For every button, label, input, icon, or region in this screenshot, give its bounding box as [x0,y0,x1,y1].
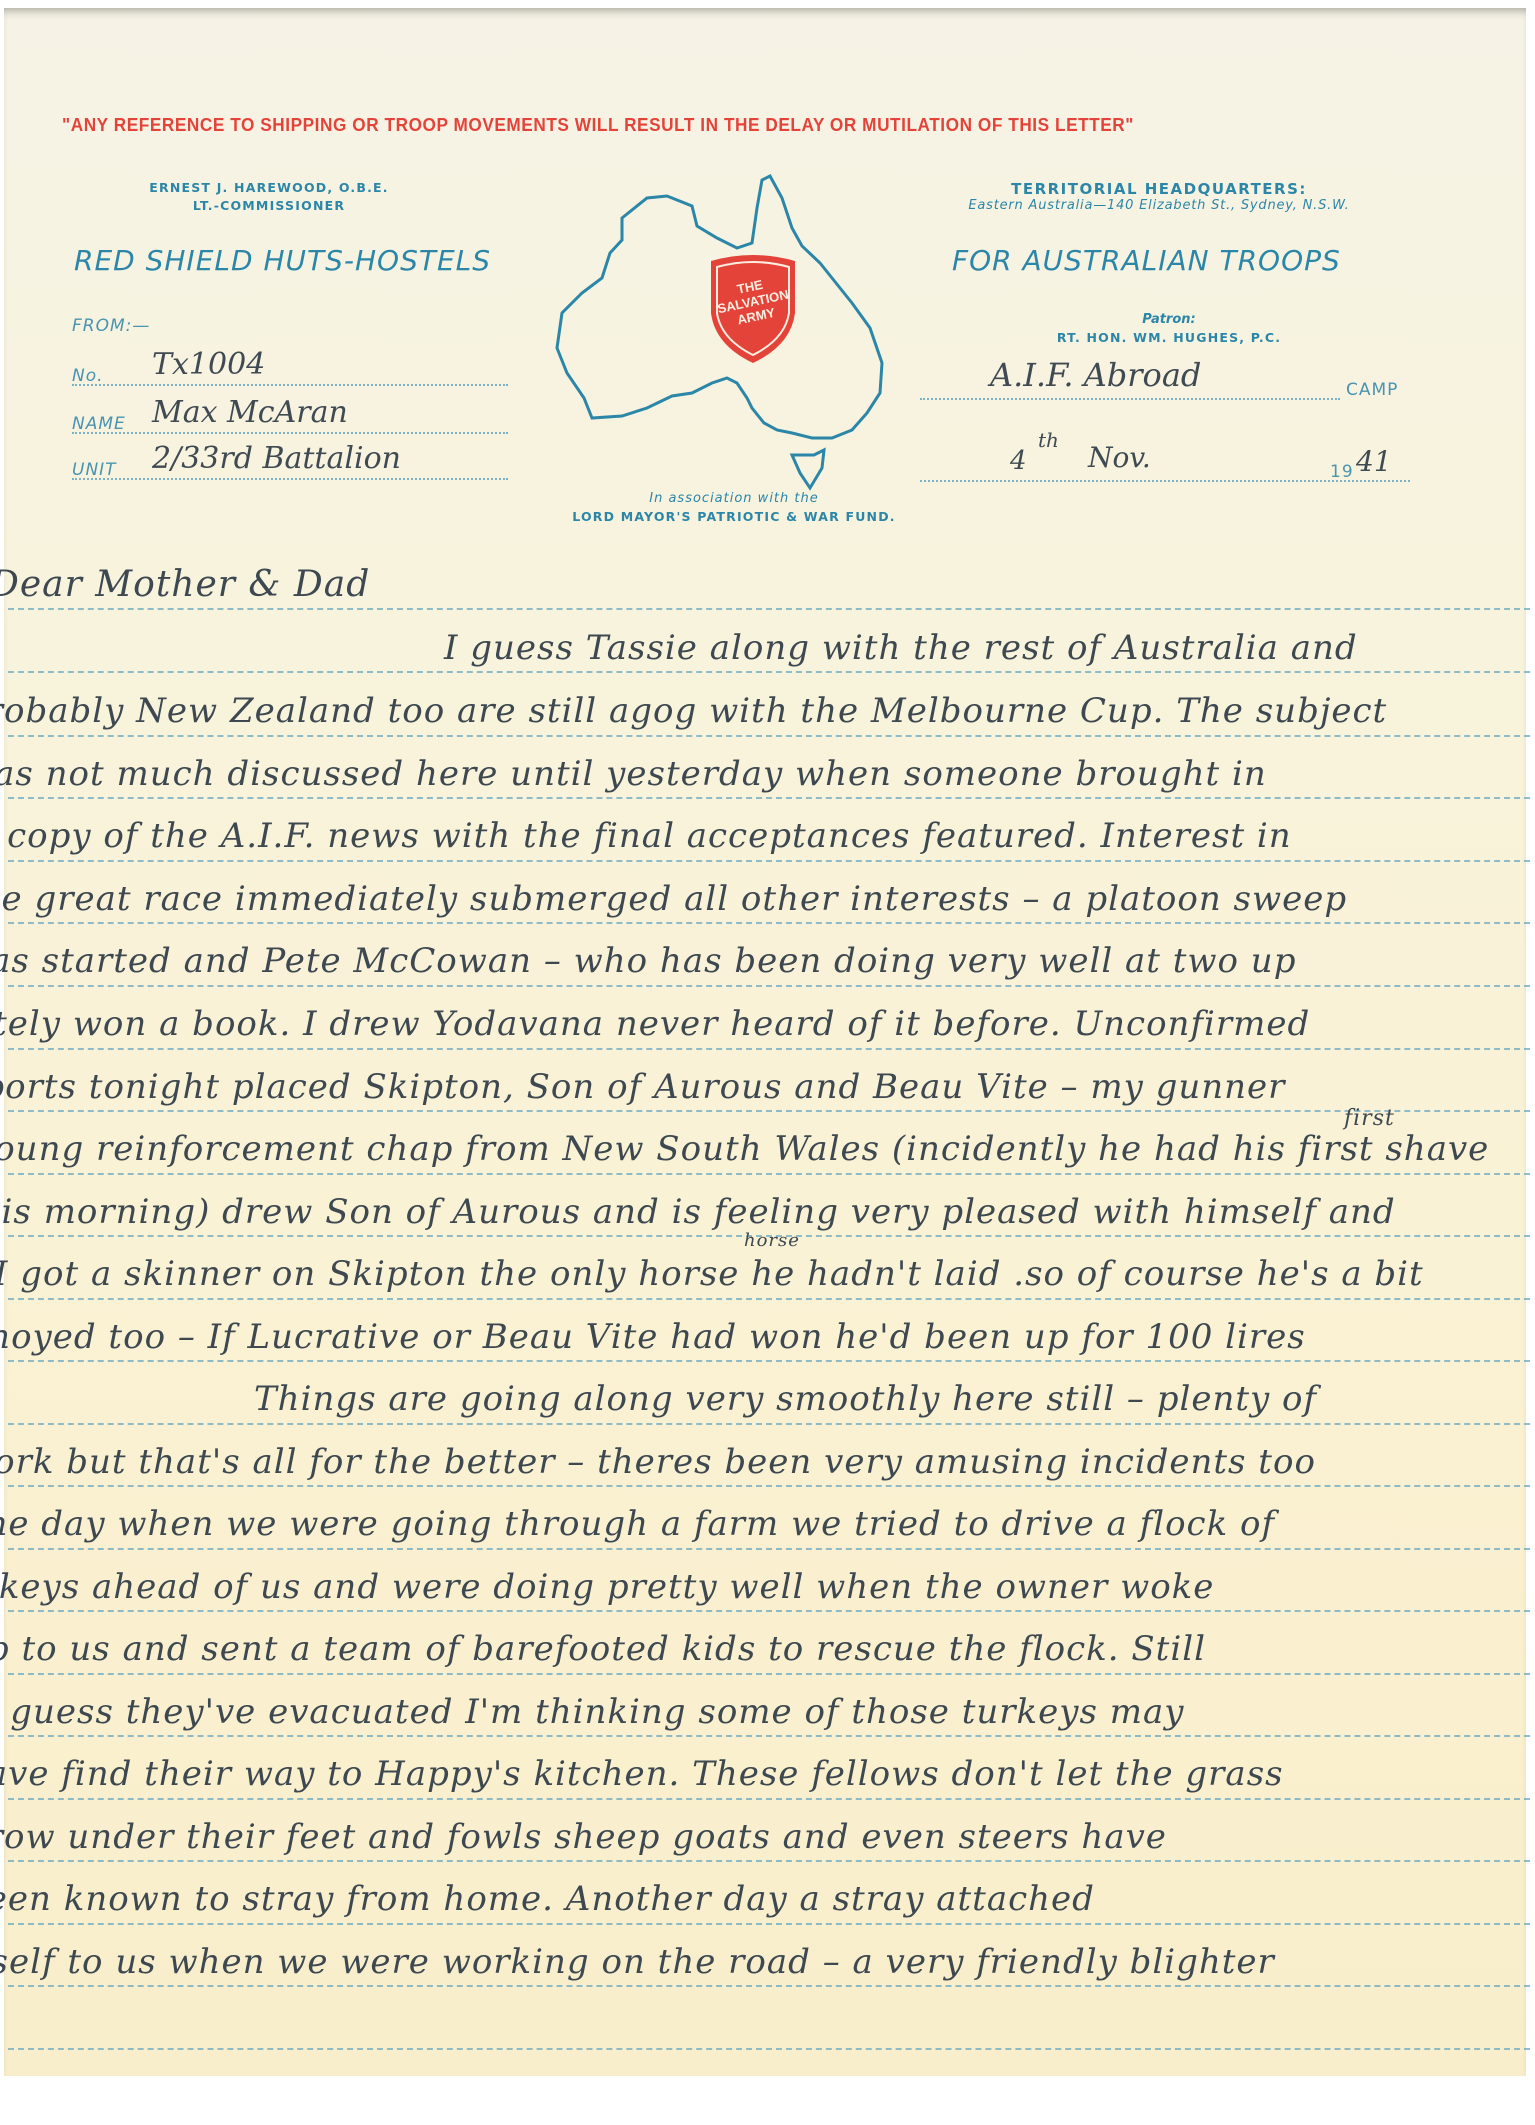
ruled-line [8,797,1530,799]
ruled-line [8,1923,1530,1925]
letter-line-3: was not much discussed here until yester… [0,754,1267,794]
ruled-line [8,985,1530,987]
name-field[interactable]: NAME Max McAran [72,402,508,434]
ruled-line [8,1735,1530,1737]
page-bottom-margin [0,2076,1535,2125]
unit-label: UNIT [72,460,117,480]
date-year: 41 [1356,445,1392,478]
no-field[interactable]: No. Tx1004 [72,356,508,386]
letter-line-8: reports tonight placed Skipton, Son of A… [0,1067,1285,1107]
hq-address: Eastern Australia—140 Elizabeth St., Syd… [909,198,1409,213]
salvation-army-shield-logo: THE SALVATION ARMY [707,253,799,365]
letter-line-2: probably New Zealand too are still agog … [0,691,1387,731]
letter-line-13: Things are going along very smoothly her… [254,1379,1317,1419]
ruled-line [8,860,1530,862]
ruled-line [8,1673,1530,1675]
letter-line-9: young reinforcement chap from New South … [0,1129,1489,1169]
ruled-line [8,1423,1530,1425]
letter-line-10: this morning) drew Son of Aurous and is … [0,1192,1396,1232]
camp-field[interactable]: A.I.F. Abroad [920,358,1340,400]
no-value: Tx1004 [152,347,265,382]
letter-line-6: was started and Pete McCowan – who has b… [0,941,1296,981]
association-line-2: LORD MAYOR'S PATRIOTIC & WAR FUND. [524,509,944,524]
ruled-line [8,922,1530,924]
letter-line-7: lately won a book. I drew Yodavana never… [0,1004,1310,1044]
date-day: 4 [1010,446,1027,476]
ruled-line [8,1360,1530,1362]
letter-line-16: turkeys ahead of us and were doing prett… [0,1567,1214,1607]
ruled-line [8,2048,1530,2050]
letter-line-19: have find their way to Happy's kitchen. … [0,1754,1284,1794]
letter-line-15: one day when we were going through a far… [0,1504,1275,1544]
red-shield-title: RED SHIELD HUTS-HOSTELS [74,244,491,277]
date-year-prefix: 19 [1330,462,1354,482]
letter-line-5: the great race immediately submerged all… [0,879,1347,919]
letter-line-1: I guess Tassie along with the rest of Au… [444,628,1358,668]
camp-label: CAMP [1346,380,1398,400]
letter-line-11: I got a skinner on Skipton the only hors… [0,1254,1424,1294]
ruled-line [8,1173,1530,1175]
letter-line-12: annoyed too – If Lucrative or Beau Vite … [0,1317,1306,1357]
ruled-line [8,1985,1530,1987]
letter-line-14: work but that's all for the better – the… [0,1442,1316,1482]
unit-field[interactable]: UNIT 2/33rd Battalion [72,446,508,480]
interlinear-note-horse: horse [744,1230,800,1251]
ruled-line [8,671,1530,673]
letter-line-21: been known to stray from home. Another d… [0,1879,1095,1919]
date-field[interactable]: 4 th Nov. 19 41 [920,428,1410,482]
letter-line-4: a copy of the A.I.F. news with the final… [0,816,1292,856]
ruled-line [8,1110,1530,1112]
name-label: NAME [72,414,126,434]
from-label: FROM:— [72,316,150,336]
date-day-suffix: th [1038,428,1059,452]
ruled-line [8,1798,1530,1800]
letter-line-18: I guess they've evacuated I'm thinking s… [0,1692,1184,1732]
interlinear-note-first: first [1344,1106,1395,1131]
no-label: No. [72,366,104,386]
ruled-line [8,608,1530,610]
hq-title: TERRITORIAL HEADQUARTERS: [919,180,1399,198]
camp-value: A.I.F. Abroad [990,356,1201,394]
patron-name: RT. HON. WM. HUGHES, P.C. [1004,330,1334,345]
commissioner-title: LT.-COMMISSIONER [114,198,424,213]
ruled-line [8,1548,1530,1550]
letter-line-20: grow under their feet and fowls sheep go… [0,1817,1167,1857]
association-line-1: In association with the [534,491,934,506]
commissioner-name: ERNEST J. HAREWOOD, O.B.E. [114,180,424,195]
ruled-line [8,735,1530,737]
name-value: Max McAran [152,395,348,430]
letter-sheet: "ANY REFERENCE TO SHIPPING OR TROOP MOVE… [4,8,1526,2076]
unit-value: 2/33rd Battalion [152,441,401,476]
ruled-line [8,1610,1530,1612]
ruled-line [8,1298,1530,1300]
ruled-line [8,1048,1530,1050]
letter-line-22: itself to us when we were working on the… [0,1942,1275,1982]
australian-troops-title: FOR AUSTRALIAN TROOPS [952,244,1341,277]
patron-label: Patron: [1084,312,1254,327]
ruled-line [8,1485,1530,1487]
date-month: Nov. [1088,441,1151,474]
letter-line-17: up to us and sent a team of barefooted k… [0,1629,1206,1669]
censorship-warning: "ANY REFERENCE TO SHIPPING OR TROOP MOVE… [62,114,1290,136]
ruled-line [8,1860,1530,1862]
letter-salutation: Dear Mother & Dad [0,564,370,605]
